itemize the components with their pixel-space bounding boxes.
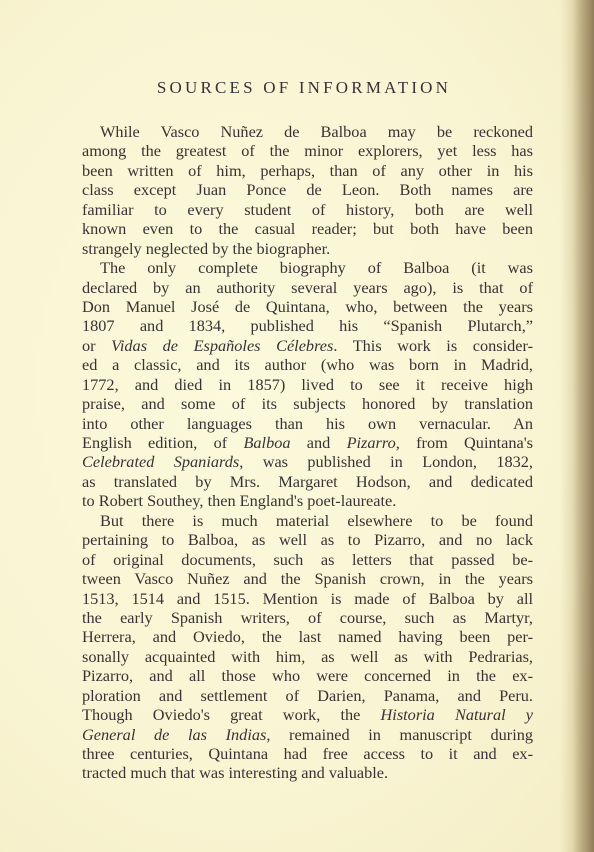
text-line: declared by an authority several years a… (82, 278, 533, 297)
text-line: of original documents, such as letters t… (82, 550, 533, 569)
text-line: among the greatest of the minor explorer… (82, 141, 533, 160)
text-line: into other languages than his own vernac… (82, 414, 533, 433)
text-line: strangely neglected by the biographer. (82, 239, 533, 258)
text-line: Though Oviedo's great work, the Historia… (82, 705, 533, 724)
italic-title: Vidas de Españoles Célebres (111, 336, 333, 355)
italic-title: Celebrated Spaniards (82, 452, 239, 471)
page-title: SOURCES OF INFORMATION (0, 78, 594, 98)
text-line: praise, and some of its subjects honored… (82, 394, 533, 413)
book-page: SOURCES OF INFORMATION While Vasco Nuñez… (0, 0, 594, 852)
italic-title: General de las Indias (82, 725, 266, 744)
text-line: English edition, of Balboa and Pizarro, … (82, 433, 533, 452)
text-line: 1513, 1514 and 1515. Mention is made of … (82, 589, 533, 608)
text-line: class except Juan Ponce de Leon. Both na… (82, 180, 533, 199)
text-line: been written of him, perhaps, than of an… (82, 161, 533, 180)
text-line: familiar to every student of history, bo… (82, 200, 533, 219)
text-line: tracted much that was interesting and va… (82, 763, 533, 782)
text-line: known even to the casual reader; but bot… (82, 219, 533, 238)
text-line: ed a classic, and its author (who was bo… (82, 355, 533, 374)
text-line: 1807 and 1834, published his “Spanish Pl… (82, 316, 533, 335)
text-line: But there is much material elsewhere to … (82, 511, 533, 530)
text-line: Pizarro, and all those who were concerne… (82, 666, 533, 685)
text-line: sonally acquainted with him, as well as … (82, 647, 533, 666)
text-line: 1772, and died in 1857) lived to see it … (82, 375, 533, 394)
text-line: three centuries, Quintana had free acces… (82, 744, 533, 763)
text-line: Celebrated Spaniards, was published in L… (82, 452, 533, 471)
text-line: The only complete biography of Balboa (i… (82, 258, 533, 277)
text-line: General de las Indias, remained in manus… (82, 725, 533, 744)
text-line: or Vidas de Españoles Célebres. This wor… (82, 336, 533, 355)
text-line: as translated by Mrs. Margaret Hodson, a… (82, 472, 533, 491)
italic-title: Balboa (243, 433, 290, 452)
text-line: the early Spanish writers, of course, su… (82, 608, 533, 627)
text-line: tween Vasco Nuñez and the Spanish crown,… (82, 569, 533, 588)
text-line: to Robert Southey, then England's poet-l… (82, 491, 533, 510)
text-line: Don Manuel José de Quintana, who, betwee… (82, 297, 533, 316)
text-line: While Vasco Nuñez de Balboa may be recko… (82, 122, 533, 141)
italic-title: Historia Natural y (381, 705, 533, 724)
body-text: While Vasco Nuñez de Balboa may be recko… (82, 122, 533, 783)
text-line: pertaining to Balboa, as well as to Piza… (82, 530, 533, 549)
italic-title: Pizarro (347, 433, 396, 452)
text-line: ploration and settlement of Darien, Pana… (82, 686, 533, 705)
text-line: Herrera, and Oviedo, the last named havi… (82, 627, 533, 646)
